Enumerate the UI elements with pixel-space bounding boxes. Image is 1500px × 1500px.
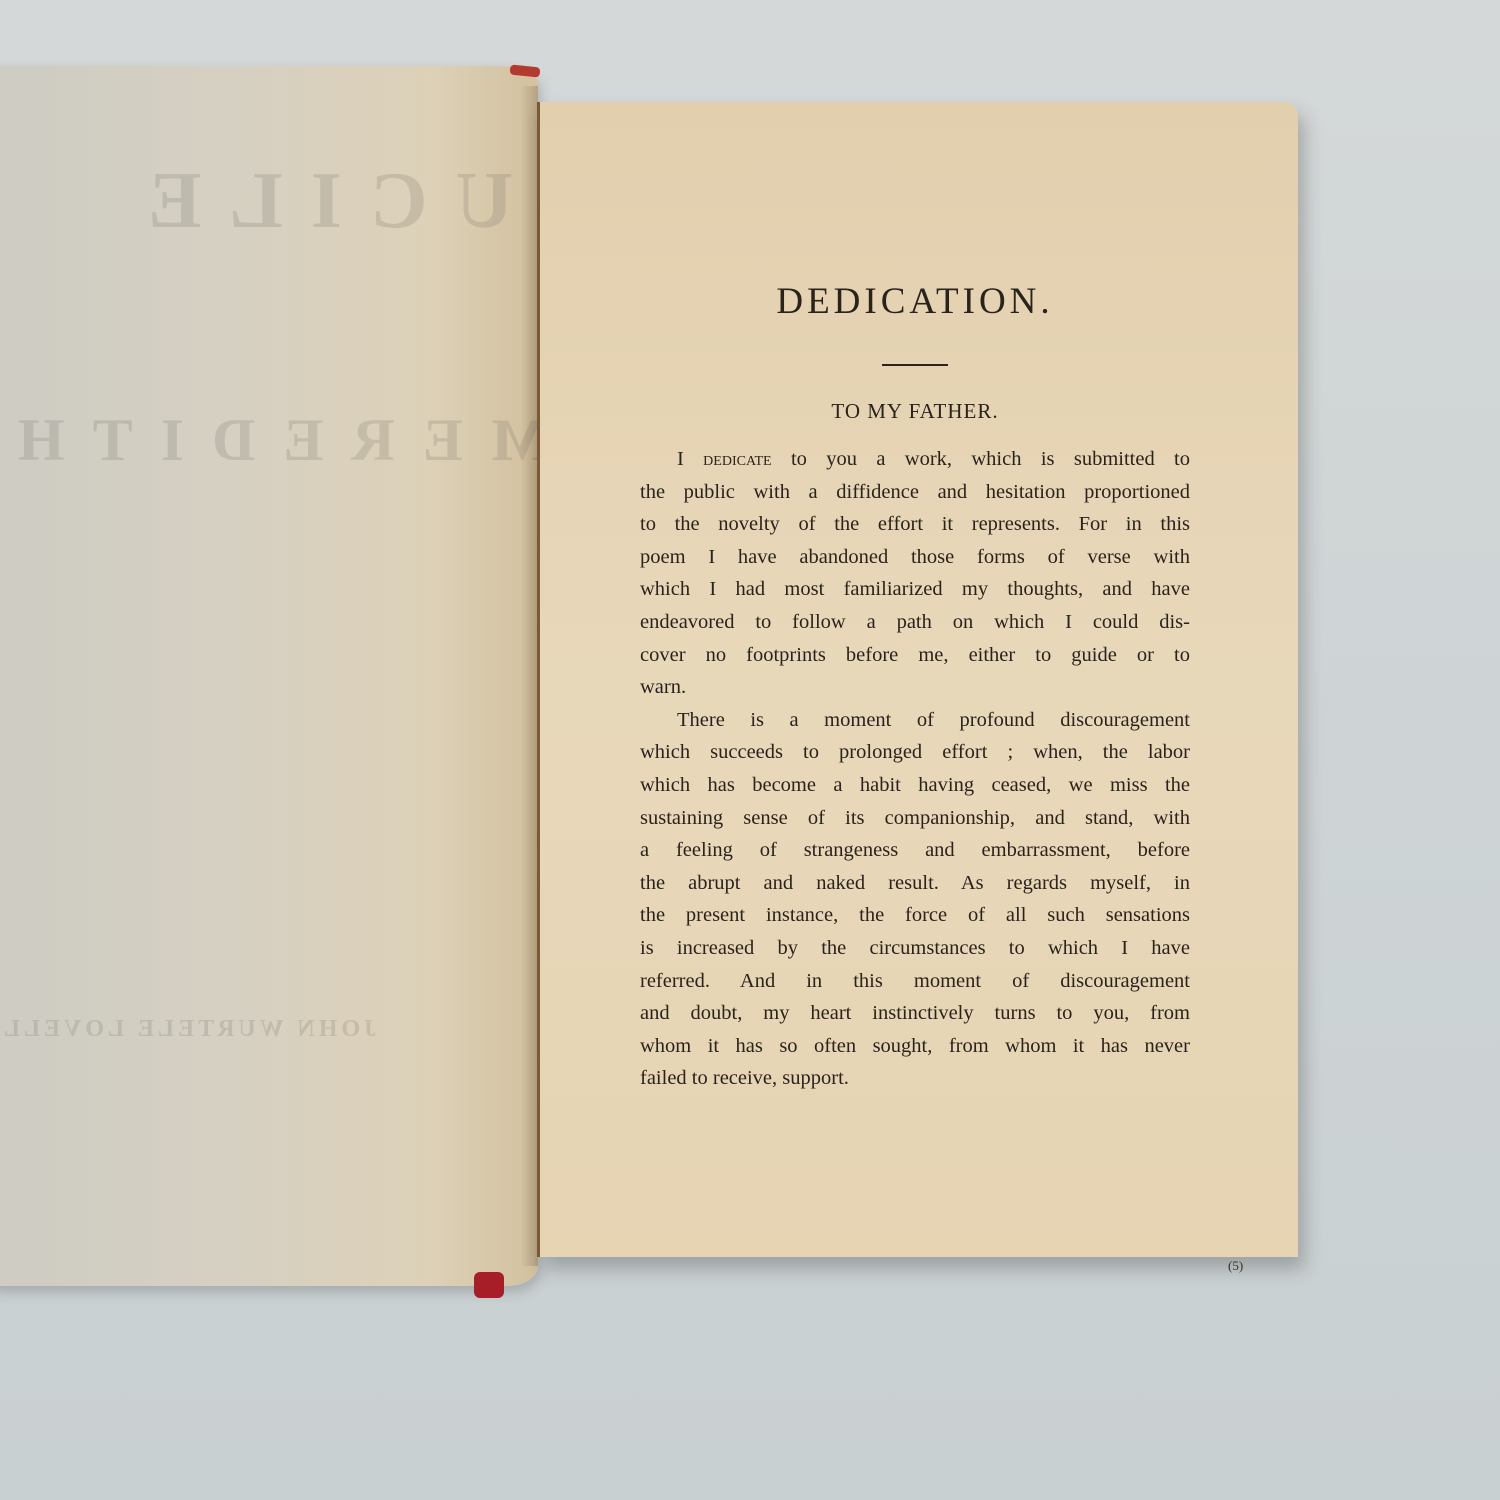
lead-smallcaps: I dedicate — [677, 448, 772, 470]
text-line: poem I have abandoned those forms of ver… — [640, 541, 1190, 574]
text-line: which I had most familiarized my thought… — [640, 573, 1190, 606]
left-page: LUCILE OWEN MEREDITH JOHN WURTELE LOVELL — [0, 66, 538, 1286]
text-line: cover no footprints before me, either to… — [640, 639, 1190, 672]
text-line: I dedicate to you a work, which is submi… — [640, 443, 1190, 476]
text-line: endeavored to follow a path on which I c… — [640, 606, 1190, 639]
page-number: (5) — [1228, 1258, 1243, 1274]
page-title: DEDICATION. — [640, 280, 1190, 324]
text-line: whom it has so often sought, from whom i… — [640, 1030, 1190, 1063]
text-line: referred. And in this moment of discoura… — [640, 965, 1190, 998]
paragraph-1: I dedicate to you a work, which is submi… — [640, 443, 1190, 704]
showthrough-publisher: JOHN WURTELE LOVELL — [0, 1016, 376, 1043]
dedication-subtitle: TO MY FATHER. — [640, 399, 1190, 424]
right-page: DEDICATION. TO MY FATHER. I dedicate to … — [537, 102, 1298, 1257]
text-line: There is a moment of profound discourage… — [640, 704, 1190, 737]
text-line: sustaining sense of its companionship, a… — [640, 802, 1190, 835]
photo-scene: LUCILE OWEN MEREDITH JOHN WURTELE LOVELL… — [0, 0, 1500, 1500]
red-cover-edge-bottom — [474, 1272, 504, 1298]
text-line: the abrupt and naked result. As regards … — [640, 867, 1190, 900]
text-line: is increased by the circumstances to whi… — [640, 932, 1190, 965]
showthrough-title: LUCILE — [120, 156, 595, 247]
text-line: the public with a diffidence and hesitat… — [640, 476, 1190, 509]
text-line: which succeeds to prolonged effort ; whe… — [640, 736, 1190, 769]
text-line: a feeling of strangeness and embarrassme… — [640, 834, 1190, 867]
text-line: the present instance, the force of all s… — [640, 899, 1190, 932]
text-line: warn. — [640, 671, 1190, 704]
page-content: DEDICATION. TO MY FATHER. I dedicate to … — [640, 280, 1190, 1095]
paragraph-2: There is a moment of profound discourage… — [640, 704, 1190, 1095]
text-line: and doubt, my heart instinctively turns … — [640, 997, 1190, 1030]
text-line: which has become a habit having ceased, … — [640, 769, 1190, 802]
text-line: failed to receive, support. — [640, 1062, 1190, 1095]
text-line: to the novelty of the effort it represen… — [640, 508, 1190, 541]
title-rule — [882, 364, 948, 366]
